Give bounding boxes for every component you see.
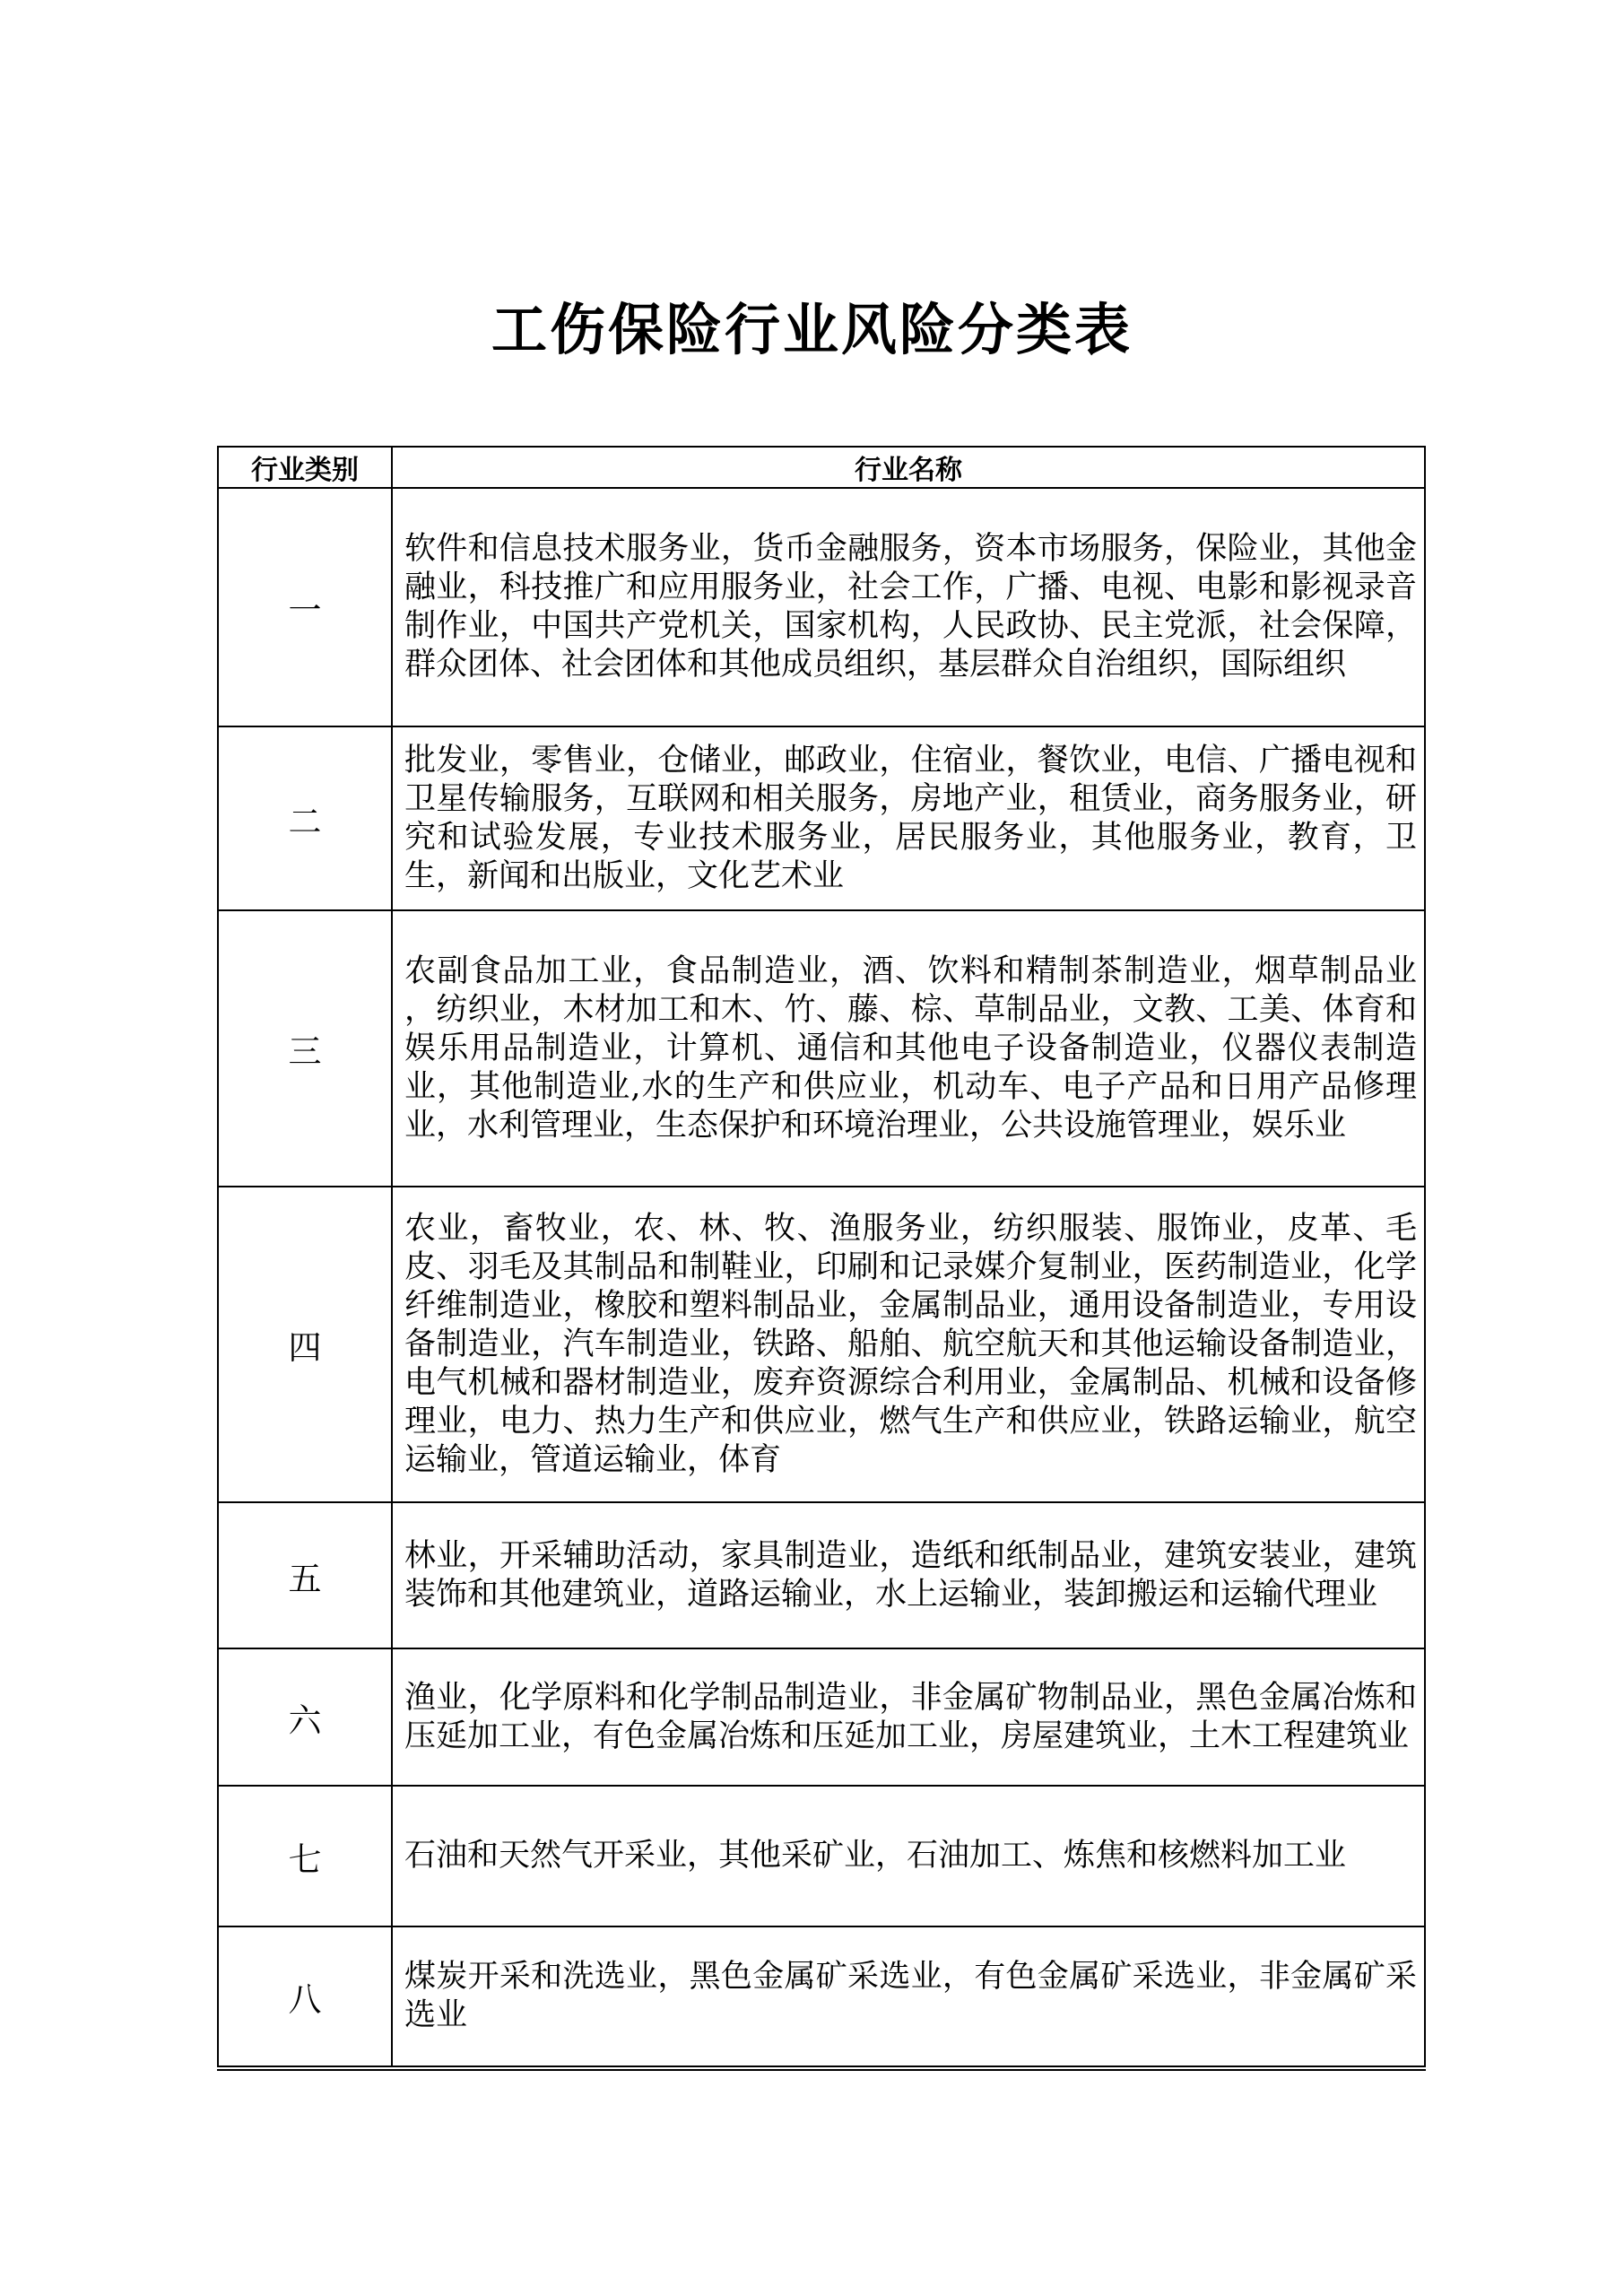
document-page: 工伤保险行业风险分类表 行业类别 行业名称 一 软件和信息技术服务业，货币金融服…: [0, 0, 1624, 2296]
category-cell: 三: [218, 910, 392, 1187]
industries-cell: 渔业，化学原料和化学制品制造业，非金属矿物制品业，黑色金属冶炼和压延加工业，有色…: [392, 1648, 1425, 1786]
table-header: 行业类别 行业名称: [218, 447, 1425, 488]
table-body: 一 软件和信息技术服务业，货币金融服务，资本市场服务，保险业，其他金融业，科技推…: [218, 488, 1425, 2068]
category-cell: 一: [218, 488, 392, 726]
category-cell: 二: [218, 726, 392, 910]
table-row-6: 六 渔业，化学原料和化学制品制造业，非金属矿物制品业，黑色金属冶炼和压延加工业，…: [218, 1648, 1425, 1786]
table-row-1: 一 软件和信息技术服务业，货币金融服务，资本市场服务，保险业，其他金融业，科技推…: [218, 488, 1425, 726]
category-cell: 四: [218, 1187, 392, 1502]
table-row-3: 三 农副食品加工业，食品制造业，酒、饮料和精制茶制造业，烟草制品业 ，纺织业，木…: [218, 910, 1425, 1187]
industries-cell: 批发业，零售业，仓储业，邮政业，住宿业，餐饮业，电信、广播电视和卫星传输服务，互…: [392, 726, 1425, 910]
risk-classification-table: 行业类别 行业名称 一 软件和信息技术服务业，货币金融服务，资本市场服务，保险业…: [217, 446, 1426, 2071]
category-cell: 七: [218, 1786, 392, 1926]
industries-cell: 煤炭开采和洗选业，黑色金属矿采选业，有色金属矿采选业，非金属矿采选业: [392, 1926, 1425, 2068]
category-cell: 八: [218, 1926, 392, 2068]
header-row: 行业类别 行业名称: [218, 447, 1425, 488]
table-row-7: 七 石油和天然气开采业，其他采矿业，石油加工、炼焦和核燃料加工业: [218, 1786, 1425, 1926]
category-cell: 六: [218, 1648, 392, 1786]
column-header-name: 行业名称: [392, 447, 1425, 488]
table-row-5: 五 林业，开采辅助活动，家具制造业，造纸和纸制品业，建筑安装业，建筑装饰和其他建…: [218, 1502, 1425, 1648]
table-row-8: 八 煤炭开采和洗选业，黑色金属矿采选业，有色金属矿采选业，非金属矿采选业: [218, 1926, 1425, 2068]
column-header-category: 行业类别: [218, 447, 392, 488]
industries-cell: 农业，畜牧业，农、林、牧、渔服务业，纺织服装、服饰业，皮革、毛皮、羽毛及其制品和…: [392, 1187, 1425, 1502]
page-title: 工伤保险行业风险分类表: [0, 285, 1624, 365]
table-row-2: 二 批发业，零售业，仓储业，邮政业，住宿业，餐饮业，电信、广播电视和卫星传输服务…: [218, 726, 1425, 910]
industries-cell: 农副食品加工业，食品制造业，酒、饮料和精制茶制造业，烟草制品业 ，纺织业，木材加…: [392, 910, 1425, 1187]
category-cell: 五: [218, 1502, 392, 1648]
industries-cell: 软件和信息技术服务业，货币金融服务，资本市场服务，保险业，其他金融业，科技推广和…: [392, 488, 1425, 726]
table-row-4: 四 农业，畜牧业，农、林、牧、渔服务业，纺织服装、服饰业，皮革、毛皮、羽毛及其制…: [218, 1187, 1425, 1502]
industries-cell: 林业，开采辅助活动，家具制造业，造纸和纸制品业，建筑安装业，建筑装饰和其他建筑业…: [392, 1502, 1425, 1648]
industries-cell: 石油和天然气开采业，其他采矿业，石油加工、炼焦和核燃料加工业: [392, 1786, 1425, 1926]
